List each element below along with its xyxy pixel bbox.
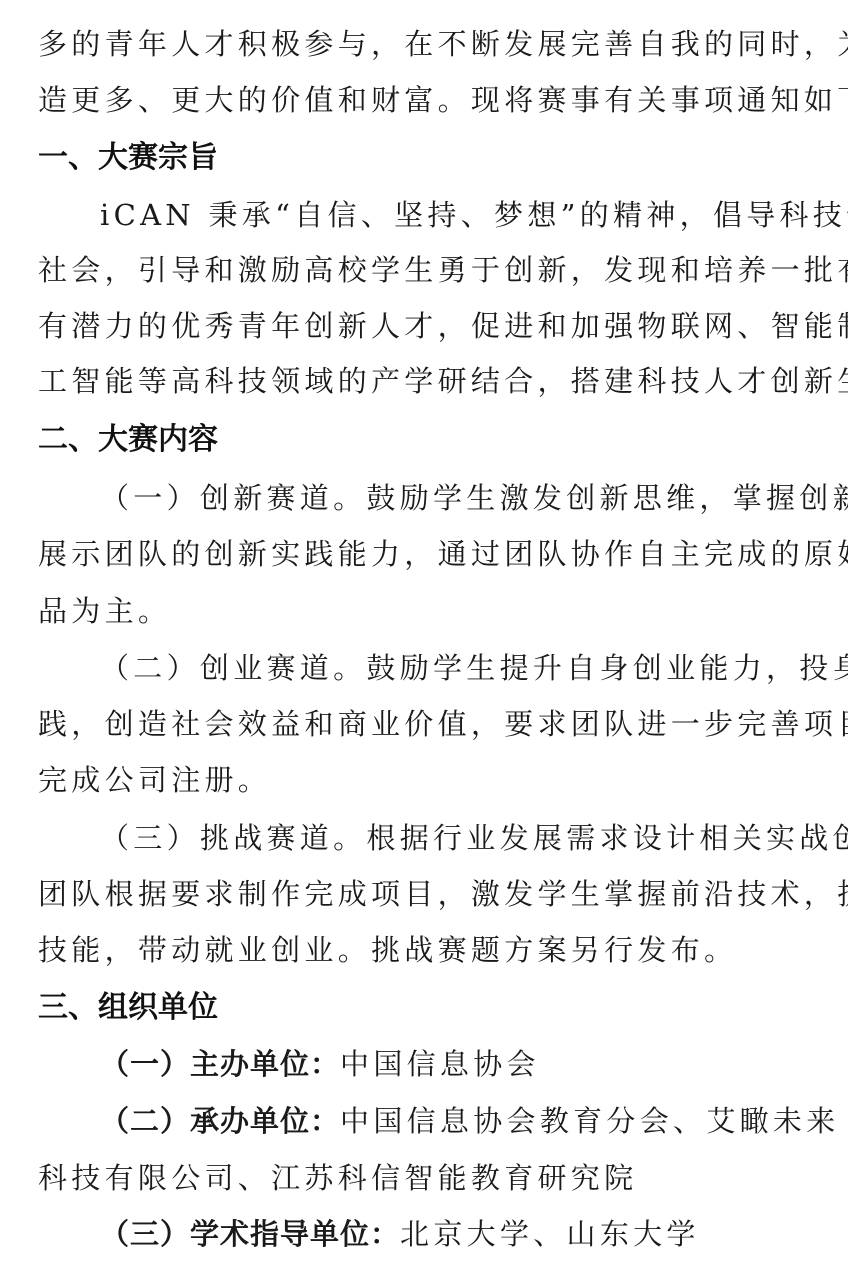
paragraph-line: 社会，引导和激励高校学生勇于创新，发现和培养一批有作为、 (38, 250, 848, 290)
section-heading-purpose: 一、大赛宗旨 (38, 138, 218, 178)
paragraph-line: （三）挑战赛道。根据行业发展需求设计相关实战创新赛题， (100, 818, 848, 858)
intro-line-1: 多的青年人才积极参与，在不断发展完善自我的同时，为社会创 (38, 24, 848, 64)
organizer-label: （二）承办单位： (100, 1104, 340, 1138)
intro-line-2: 造更多、更大的价值和财富。现将赛事有关事项通知如下。 (38, 80, 848, 120)
paragraph-line: 展示团队的创新实践能力，通过团队协作自主完成的原始创新作 (38, 534, 848, 574)
paragraph-line: 团队根据要求制作完成项目，激发学生掌握前沿技术，提升实战 (38, 874, 848, 914)
paragraph-line: 技能，带动就业创业。挑战赛题方案另行发布。 (38, 930, 737, 970)
paragraph-line: iCAN 秉承“自信、坚持、梦想”的精神，倡导科技创新服务 (100, 195, 848, 235)
section-heading-content: 二、大赛内容 (38, 420, 218, 460)
organizer-label: （一）主办单位： (100, 1047, 340, 1081)
paragraph-line: （二）创业赛道。鼓励学生提升自身创业能力，投身创业实 (100, 648, 848, 688)
paragraph-line: （一）创新赛道。鼓励学生激发创新思维，掌握创新方法， (100, 478, 848, 518)
organizer-item-undertaker: （二）承办单位：中国信息协会教育分会、艾瞰未来（北京） (100, 1101, 848, 1141)
organizer-label: （三）学术指导单位： (100, 1217, 400, 1251)
paragraph-line: 工智能等高科技领域的产学研结合，搭建科技人才创新生态平台。 (38, 361, 848, 401)
organizer-value: 中国信息协会 (340, 1047, 540, 1081)
organizer-item-host: （一）主办单位：中国信息协会 (100, 1044, 540, 1084)
paragraph-line: 践，创造社会效益和商业价值，要求团队进一步完善项目作品， (38, 704, 848, 744)
paragraph-line: 有潜力的优秀青年创新人才，促进和加强物联网、智能制造、人 (38, 306, 848, 346)
paragraph-line: 完成公司注册。 (38, 760, 271, 800)
paragraph-line: 品为主。 (38, 591, 171, 631)
section-heading-organizers: 三、组织单位 (38, 988, 218, 1028)
organizer-item-academic: （三）学术指导单位：北京大学、山东大学 (100, 1214, 700, 1254)
organizer-value: 北京大学、山东大学 (400, 1217, 700, 1251)
organizer-value: 中国信息协会教育分会、艾瞰未来（北京） (340, 1104, 848, 1138)
organizer-continuation: 科技有限公司、江苏科信智能教育研究院 (38, 1158, 637, 1198)
